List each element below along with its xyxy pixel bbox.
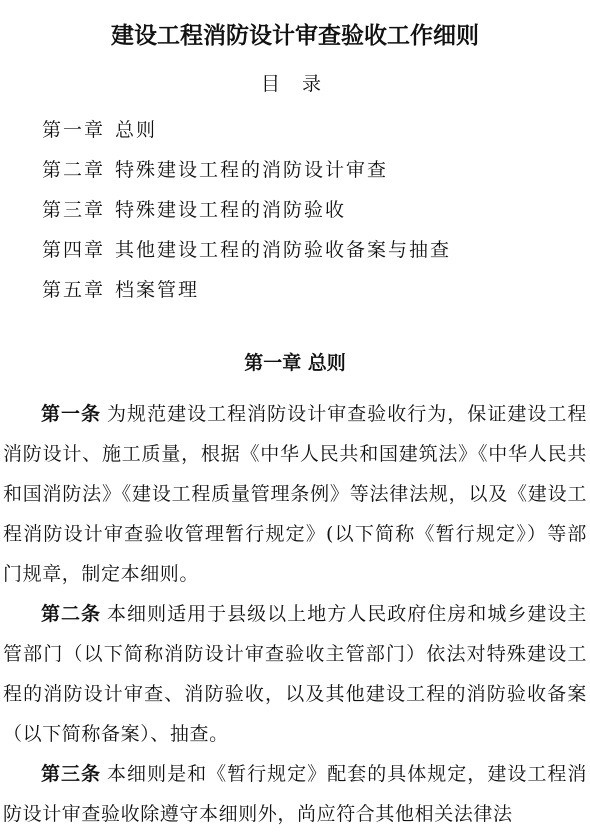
toc-item-number: 第二章 <box>42 159 105 181</box>
toc-item-number: 第一章 <box>42 119 105 141</box>
article-label: 第三条 <box>41 763 101 785</box>
toc-item-number: 第四章 <box>42 239 105 261</box>
chapter-heading: 第一章 总则 <box>0 348 590 378</box>
toc-item-label: 总则 <box>115 119 157 141</box>
toc-item: 第四章其他建设工程的消防验收备案与抽查 <box>42 230 451 270</box>
article-paragraph: 第一条为规范建设工程消防设计审查验收行为，保证建设工程消防设计、施工质量，根据《… <box>3 394 587 594</box>
article-paragraph: 第二条本细则适用于县级以上地方人民政府住房和城乡建设主管部门（以下简称消防设计审… <box>3 594 587 754</box>
toc-item: 第一章总则 <box>42 110 451 150</box>
toc-title: 目 录 <box>0 70 590 98</box>
toc-item-label: 特殊建设工程的消防验收 <box>115 199 346 221</box>
toc-item-label: 档案管理 <box>115 279 199 301</box>
article-text: 为规范建设工程消防设计审查验收行为，保证建设工程消防设计、施工质量，根据《中华人… <box>3 403 587 585</box>
toc-item-label: 其他建设工程的消防验收备案与抽查 <box>115 239 451 261</box>
toc-item-label: 特殊建设工程的消防设计审查 <box>115 159 388 181</box>
toc-item: 第二章特殊建设工程的消防设计审查 <box>42 150 451 190</box>
document-title: 建设工程消防设计审查验收工作细则 <box>0 20 590 52</box>
article-paragraph: 第三条本细则是和《暂行规定》配套的具体规定，建设工程消防设计审查验收除遵守本细则… <box>3 754 587 833</box>
toc-item-number: 第三章 <box>42 199 105 221</box>
toc-item: 第五章档案管理 <box>42 270 451 310</box>
document-body: 第一条为规范建设工程消防设计审查验收行为，保证建设工程消防设计、施工质量，根据《… <box>3 394 587 833</box>
toc-item: 第三章特殊建设工程的消防验收 <box>42 190 451 230</box>
article-label: 第一条 <box>41 403 101 425</box>
table-of-contents: 第一章总则 第二章特殊建设工程的消防设计审查 第三章特殊建设工程的消防验收 第四… <box>42 110 451 310</box>
article-label: 第二条 <box>41 603 101 625</box>
toc-item-number: 第五章 <box>42 279 105 301</box>
